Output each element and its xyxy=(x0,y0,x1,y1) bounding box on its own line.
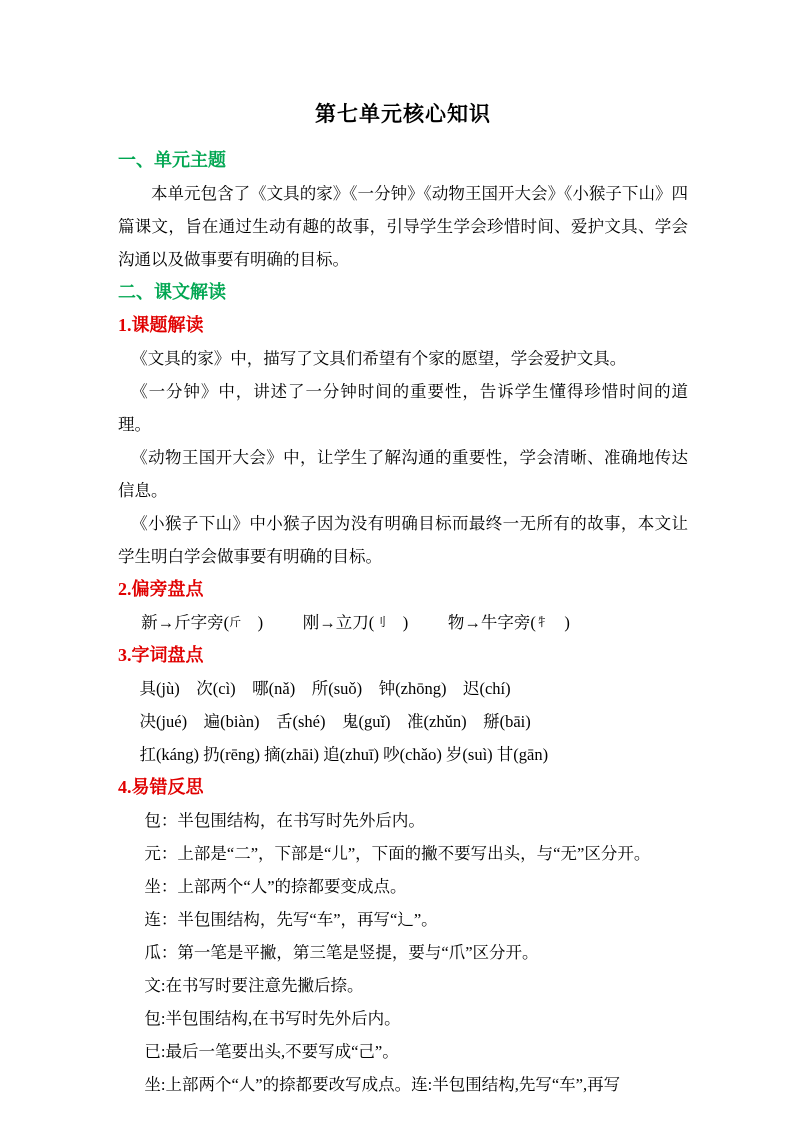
mistake-item: 元：上部是“二”，下部是“儿”，下面的撇不要写出头，与“无”区分开。 xyxy=(118,837,688,870)
mistake-item: 文:在书写时要注意先撇后捺。 xyxy=(118,969,688,1002)
radical-item: 刚→立刀(刂 ) xyxy=(303,613,409,632)
radical-label: 物→牛字旁( xyxy=(448,613,536,632)
radical-label: 刚→立刀( xyxy=(303,613,375,632)
section-heading-unit-theme: 一、单元主题 xyxy=(118,144,688,177)
topic-paragraph: 《小猴子下山》中小猴子因为没有明确目标而最终一无所有的故事，本文让学生明白学会做… xyxy=(118,507,688,573)
word-line: 具(jù) 次(cì) 哪(nǎ) 所(suǒ) 钟(zhōng) 迟(chí) xyxy=(118,672,688,705)
radical-glyph: 牜 xyxy=(536,615,548,629)
radical-close: ) xyxy=(548,613,570,632)
radicals-line: 新→斤字旁(斤 )刚→立刀(刂 )物→牛字旁(牜 ) xyxy=(118,606,688,639)
radical-close: ) xyxy=(386,613,408,632)
mistake-item: 瓜：第一笔是平撇，第三笔是竖提，要与“爪”区分开。 xyxy=(118,936,688,969)
subheading-words: 3.字词盘点 xyxy=(118,639,688,672)
page-title: 第七单元核心知识 xyxy=(118,100,688,128)
topic-paragraph: 《动物王国开大会》中，让学生了解沟通的重要性，学会清晰、准确地传达信息。 xyxy=(118,441,688,507)
subheading-radicals: 2.偏旁盘点 xyxy=(118,573,688,606)
word-line: 决(jué) 遍(biàn) 舌(shé) 鬼(guǐ) 准(zhǔn) 掰(b… xyxy=(118,705,688,738)
document-page: 第七单元核心知识 一、单元主题 本单元包含了《文具的家》《一分钟》《动物王国开大… xyxy=(0,0,794,1123)
radical-close: ) xyxy=(241,613,263,632)
mistake-item: 已:最后一笔要出头,不要写成“己”。 xyxy=(118,1035,688,1068)
topic-paragraph: 《一分钟》中，讲述了一分钟时间的重要性，告诉学生懂得珍惜时间的道理。 xyxy=(118,375,688,441)
mistake-item: 连：半包围结构，先写“车”，再写“辶”。 xyxy=(118,903,688,936)
mistake-item: 坐：上部两个“人”的捺都要变成点。 xyxy=(118,870,688,903)
section-heading-text-reading: 二、课文解读 xyxy=(118,276,688,309)
word-line: 扛(káng) 扔(rēng) 摘(zhāi) 追(zhuī) 吵(chǎo) … xyxy=(118,738,688,771)
mistake-item: 坐:上部两个“人”的捺都要改写成点。连:半包围结构,先写“车”,再写 xyxy=(118,1068,688,1101)
radical-glyph: 斤 xyxy=(229,615,241,629)
radical-glyph: 刂 xyxy=(374,615,386,629)
radical-label: 新→斤字旁( xyxy=(141,613,229,632)
radical-item: 物→牛字旁(牜 ) xyxy=(448,613,570,632)
subheading-mistakes: 4.易错反思 xyxy=(118,771,688,804)
subheading-topic-analysis: 1.课题解读 xyxy=(118,309,688,342)
unit-theme-paragraph: 本单元包含了《文具的家》《一分钟》《动物王国开大会》《小猴子下山》四篇课文，旨在… xyxy=(118,177,688,276)
mistake-item: 包:半包围结构,在书写时先外后内。 xyxy=(118,1002,688,1035)
mistake-item: 包：半包围结构，在书写时先外后内。 xyxy=(118,804,688,837)
topic-paragraph: 《文具的家》中，描写了文具们希望有个家的愿望，学会爱护文具。 xyxy=(118,342,688,375)
radical-item: 新→斤字旁(斤 ) xyxy=(141,613,263,632)
